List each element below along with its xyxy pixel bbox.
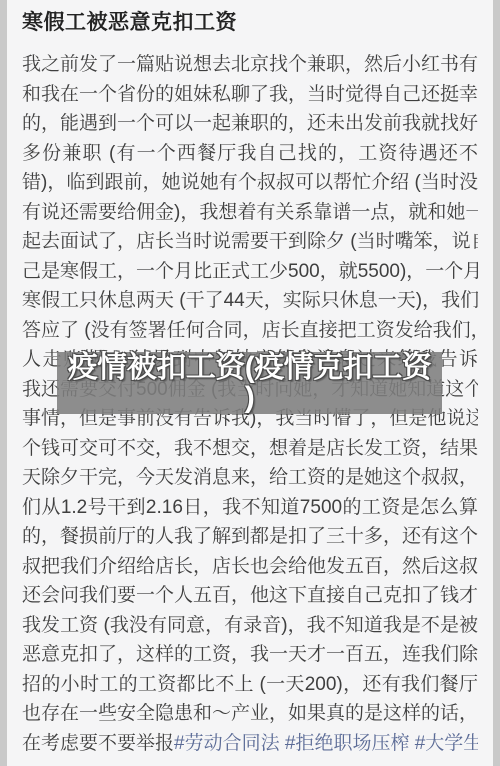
article-line: 个钱可交可不交，我不想交，想着是店长发工资，结果昨	[22, 434, 478, 464]
article-line: 还会问我们要一个人五百，他这下直接自己克扣了钱才给	[22, 581, 478, 611]
article-line: 的，餐损前厅的人我了解到都是扣了三十多，还有这个叔	[22, 522, 478, 552]
article-line: 天除夕干完，今天发消息来，给工资的是她这个叔叔，我	[22, 463, 478, 493]
article-line: 招的小时工的工资都比不上 (一天200)，还有我们餐厅	[22, 670, 478, 700]
article-line: 我还需要交付500佣金 (我当时问她，才知道她知道这个	[22, 375, 478, 405]
article-line: 事情，但是事前没有告诉我)，我当时懵了，但是他说这	[22, 404, 478, 434]
hashtag-link[interactable]: #拒绝职场压榨	[285, 733, 410, 754]
article-line: 答应了 (没有签署任何合同，店长直接把工资发给我们，	[22, 316, 478, 346]
article-line-hashtags: 在考虑要不要举报#劳动合同法 #拒绝职场压榨 #大学生	[22, 729, 478, 759]
hashtag-link[interactable]: #大学生	[415, 733, 478, 754]
hashtag-line-prefix: 在考虑要不要举报	[22, 733, 174, 754]
article-line: 多份兼职 (有一个西餐厅我自己找的，工资待遇还不	[22, 139, 478, 169]
article-line: 起去面试了，店长当时说需要干到除夕 (当时嘴笨，说自	[22, 227, 478, 257]
article-line: 的，能遇到一个可以一起兼职的，还未出发前我就找好了	[22, 109, 478, 139]
article-line: 己是寒假工，一个月比正式工少500，就5500)，一个月	[22, 257, 478, 287]
article-page: 寒假工被恶意克扣工资 我之前发了一篇贴说想去北京找个兼职，然后小红书有个和我在一…	[7, 0, 493, 766]
hashtag-link[interactable]: #劳动合同法	[174, 733, 280, 754]
article-line: 恶意克扣了，这样的工资，我一天才一百五，连我们除夕	[22, 640, 478, 670]
article-line: 人走账期)，结果到中午她突然发消息过来给我告诉	[22, 345, 478, 375]
article-line: 有说还需要给佣金)，我想着有关系靠谱一点，就和她一	[22, 198, 478, 228]
article-line: 们从1.2号干到2.16日，我不知道7500的工资是怎么算	[22, 493, 478, 523]
article-line: 叔把我们介绍给店长，店长也会给他发五百，然后这叔叔	[22, 552, 478, 582]
page-title: 寒假工被恶意克扣工资	[22, 9, 478, 37]
article-body: 我之前发了一篇贴说想去北京找个兼职，然后小红书有个和我在一个省份的姐妹私聊了我，…	[22, 50, 478, 758]
article-line: 错)，临到跟前，她说她有个叔叔可以帮忙介绍 (当时没	[22, 168, 478, 198]
article-line: 寒假工只休息两天 (干了44天，实际只休息一天)，我们	[22, 286, 478, 316]
article-line: 也存在一些安全隐患和～产业，如果真的是这样的话，我	[22, 699, 478, 729]
article-line: 和我在一个省份的姐妹私聊了我，当时觉得自己还挺幸运	[22, 80, 478, 110]
article-line: 我发工资 (我没有同意，有录音)，我不知道我是不是被	[22, 611, 478, 641]
article-line: 我之前发了一篇贴说想去北京找个兼职，然后小红书有个	[22, 50, 478, 80]
